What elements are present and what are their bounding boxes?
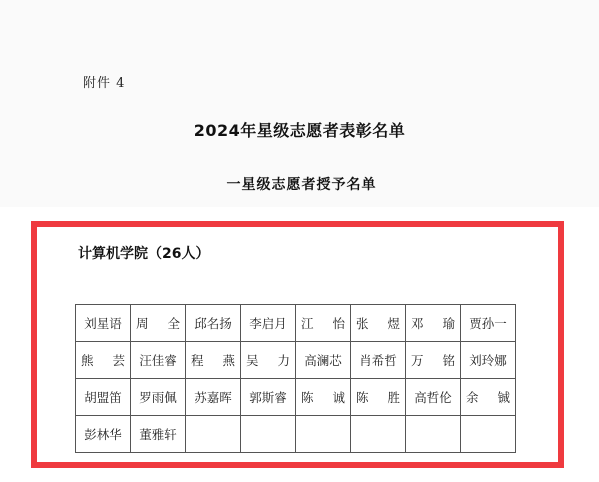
name-cell: 周全 — [131, 305, 186, 342]
volunteer-name: 周全 — [136, 314, 180, 332]
name-char: 余 — [466, 388, 479, 406]
volunteer-name: 胡盟笛 — [81, 388, 125, 406]
name-cell — [241, 416, 296, 453]
volunteer-name: 程燕 — [191, 351, 235, 369]
name-cell: 胡盟笛 — [76, 379, 131, 416]
name-cell — [406, 416, 461, 453]
name-cell: 高哲伦 — [406, 379, 461, 416]
name-char: 诚 — [332, 388, 345, 406]
table-row: 彭林华董雅轩 — [76, 416, 516, 453]
name-char: 熊 — [81, 351, 94, 369]
volunteer-name: 郭斯睿 — [246, 388, 290, 406]
name-char: 陈 — [301, 388, 314, 406]
name-cell: 李启月 — [241, 305, 296, 342]
name-char: 胜 — [387, 388, 400, 406]
volunteer-name: 贾孙一 — [466, 314, 510, 332]
name-char: 瑜 — [442, 314, 455, 332]
name-char: 铖 — [497, 388, 510, 406]
name-char: 江 — [301, 314, 314, 332]
volunteer-name: 高澜芯 — [301, 351, 345, 369]
volunteer-name: 吴力 — [246, 351, 290, 369]
volunteer-name: 邱名扬 — [191, 314, 235, 332]
volunteer-name: 陈诚 — [301, 388, 345, 406]
name-cell: 贾孙一 — [461, 305, 516, 342]
name-char: 力 — [277, 351, 290, 369]
name-cell: 吴力 — [241, 342, 296, 379]
name-char: 燕 — [222, 351, 235, 369]
name-char: 邓 — [411, 314, 424, 332]
name-char: 铭 — [442, 351, 455, 369]
name-cell: 陈胜 — [351, 379, 406, 416]
name-cell — [296, 416, 351, 453]
volunteer-name: 刘星语 — [81, 314, 125, 332]
name-char: 陈 — [356, 388, 369, 406]
volunteer-name: 熊芸 — [81, 351, 125, 369]
name-cell: 邱名扬 — [186, 305, 241, 342]
volunteer-name: 张煜 — [356, 314, 400, 332]
name-char: 张 — [356, 314, 369, 332]
volunteer-name: 肖希哲 — [356, 351, 400, 369]
name-cell: 熊芸 — [76, 342, 131, 379]
document-title: 2024年星级志愿者表彰名单 — [0, 118, 599, 141]
volunteer-name: 江怡 — [301, 314, 345, 332]
volunteer-name: 汪佳睿 — [136, 351, 180, 369]
name-cell: 程燕 — [186, 342, 241, 379]
name-cell: 汪佳睿 — [131, 342, 186, 379]
name-cell — [461, 416, 516, 453]
volunteer-name: 刘玲娜 — [466, 351, 510, 369]
volunteer-name: 高哲伦 — [411, 388, 455, 406]
name-char: 万 — [411, 351, 424, 369]
name-cell: 刘星语 — [76, 305, 131, 342]
name-char: 怡 — [332, 314, 345, 332]
volunteer-name: 万铭 — [411, 351, 455, 369]
attachment-label: 附件 4 — [83, 72, 125, 91]
name-cell: 江怡 — [296, 305, 351, 342]
volunteer-name: 李启月 — [246, 314, 290, 332]
name-char: 煜 — [387, 314, 400, 332]
volunteer-name: 苏嘉晖 — [191, 388, 235, 406]
name-char: 程 — [191, 351, 204, 369]
section-heading: 计算机学院（26人） — [78, 243, 209, 263]
name-cell: 董雅轩 — [131, 416, 186, 453]
name-cell: 彭林华 — [76, 416, 131, 453]
volunteer-name: 罗雨佩 — [136, 388, 180, 406]
table-row: 胡盟笛罗雨佩苏嘉晖郭斯睿陈诚陈胜高哲伦余铖 — [76, 379, 516, 416]
table-row: 刘星语周全邱名扬李启月江怡张煜邓瑜贾孙一 — [76, 305, 516, 342]
name-cell: 万铭 — [406, 342, 461, 379]
name-char: 周 — [136, 314, 149, 332]
name-cell — [351, 416, 406, 453]
volunteer-name: 董雅轩 — [136, 425, 180, 443]
name-cell: 邓瑜 — [406, 305, 461, 342]
name-cell: 苏嘉晖 — [186, 379, 241, 416]
name-cell: 陈诚 — [296, 379, 351, 416]
name-char: 吴 — [246, 351, 259, 369]
volunteer-names-table: 刘星语周全邱名扬李启月江怡张煜邓瑜贾孙一熊芸汪佳睿程燕吴力高澜芯肖希哲万铭刘玲娜… — [75, 304, 516, 453]
volunteer-name: 余铖 — [466, 388, 510, 406]
volunteer-name: 邓瑜 — [411, 314, 455, 332]
name-cell: 张煜 — [351, 305, 406, 342]
document-subtitle: 一星级志愿者授予名单 — [0, 174, 599, 194]
volunteer-name: 彭林华 — [81, 425, 125, 443]
name-cell — [186, 416, 241, 453]
table-row: 熊芸汪佳睿程燕吴力高澜芯肖希哲万铭刘玲娜 — [76, 342, 516, 379]
name-cell: 高澜芯 — [296, 342, 351, 379]
name-char: 芸 — [112, 351, 125, 369]
name-cell: 肖希哲 — [351, 342, 406, 379]
name-cell: 罗雨佩 — [131, 379, 186, 416]
name-cell: 郭斯睿 — [241, 379, 296, 416]
name-cell: 刘玲娜 — [461, 342, 516, 379]
volunteer-name: 陈胜 — [356, 388, 400, 406]
name-char: 全 — [167, 314, 180, 332]
name-cell: 余铖 — [461, 379, 516, 416]
